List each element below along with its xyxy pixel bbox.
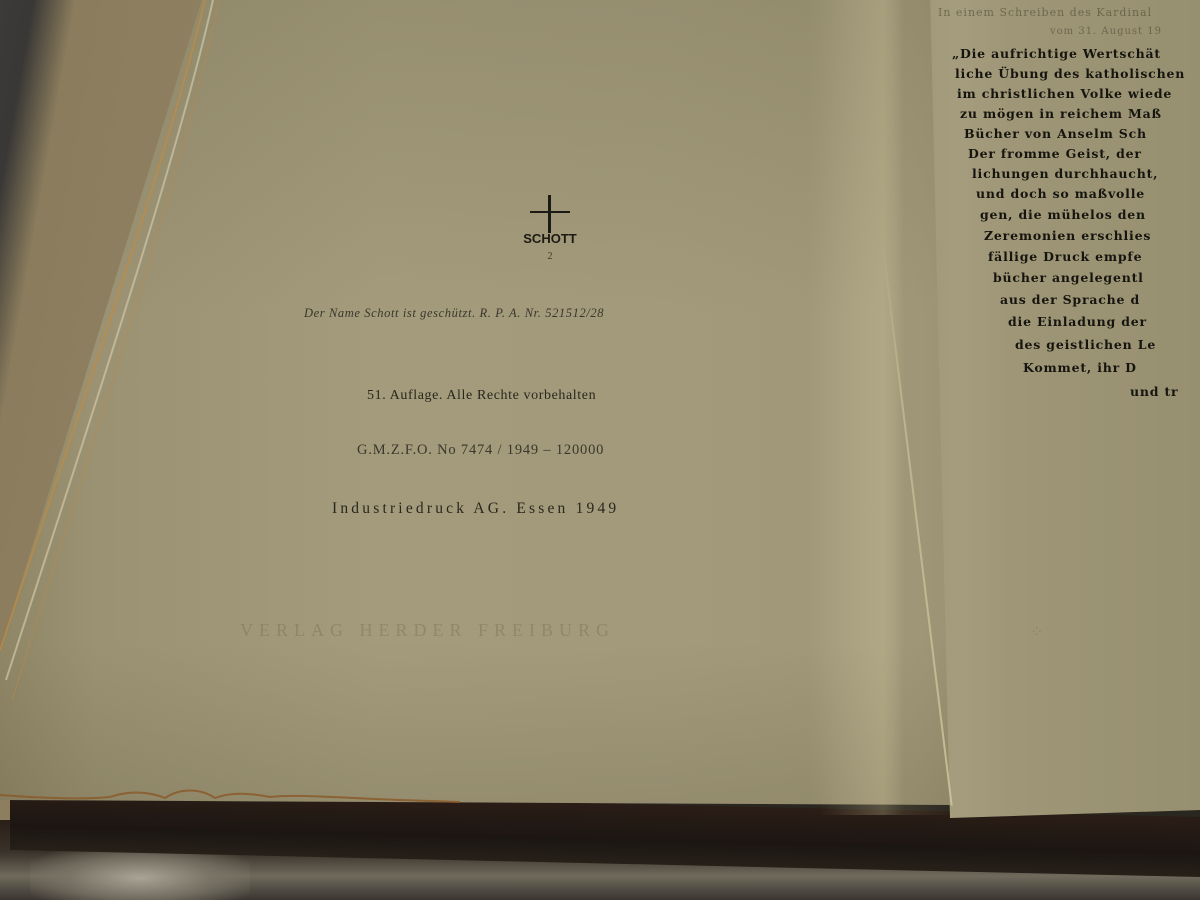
text-line: und doch so maßvolle: [976, 186, 1145, 201]
text-line: Der fromme Geist, der: [968, 146, 1142, 161]
showthrough-text-right: ⁘: [1030, 622, 1047, 642]
book-photo: SCHOTT 2 Der Name Schott ist geschützt. …: [0, 0, 1200, 900]
right-header-faint-2: vom 31. August 19: [1050, 26, 1162, 37]
text-line: aus der Sprache d: [1000, 292, 1140, 307]
text-line: lichungen durchhaucht,: [972, 166, 1158, 181]
text-line: des geistlichen Le: [1015, 337, 1156, 352]
edition-line: 51. Auflage. Alle Rechte vorbehalten: [367, 388, 596, 404]
text-line: Bücher von Anselm Sch: [964, 126, 1147, 141]
right-page: [930, 0, 1200, 818]
publisher-logo: SCHOTT 2: [505, 195, 595, 275]
text-line: die Einladung der: [1008, 314, 1147, 329]
text-line: und tr: [1130, 384, 1178, 399]
text-line: „Die aufrichtige Wertschät: [952, 46, 1161, 61]
logo-name: SCHOTT: [505, 231, 595, 246]
right-header-faint: In einem Schreiben des Kardinal: [938, 6, 1152, 19]
printer-line: Industriedruck AG. Essen 1949: [332, 500, 619, 518]
text-line: zu mögen in reichem Maß: [960, 106, 1162, 121]
showthrough-text: VERLAG HERDER FREIBURG: [240, 620, 615, 641]
text-line: im christlichen Volke wiede: [957, 86, 1172, 101]
text-line: liche Übung des katholischen: [955, 66, 1185, 81]
page-number: 2: [505, 251, 595, 262]
cross-icon-bar: [530, 211, 570, 213]
text-line: bücher angelegentl: [993, 270, 1144, 285]
text-line: Zeremonien erschlies: [984, 228, 1151, 243]
trademark-line: Der Name Schott ist geschützt. R. P. A. …: [304, 306, 604, 321]
cross-icon: [548, 195, 551, 233]
text-line: Kommet, ihr D: [1023, 360, 1137, 375]
text-line: fällige Druck empfe: [988, 249, 1142, 264]
license-line: G.M.Z.F.O. No 7474 / 1949 – 120000: [357, 442, 604, 459]
text-line: gen, die mühelos den: [980, 207, 1146, 222]
